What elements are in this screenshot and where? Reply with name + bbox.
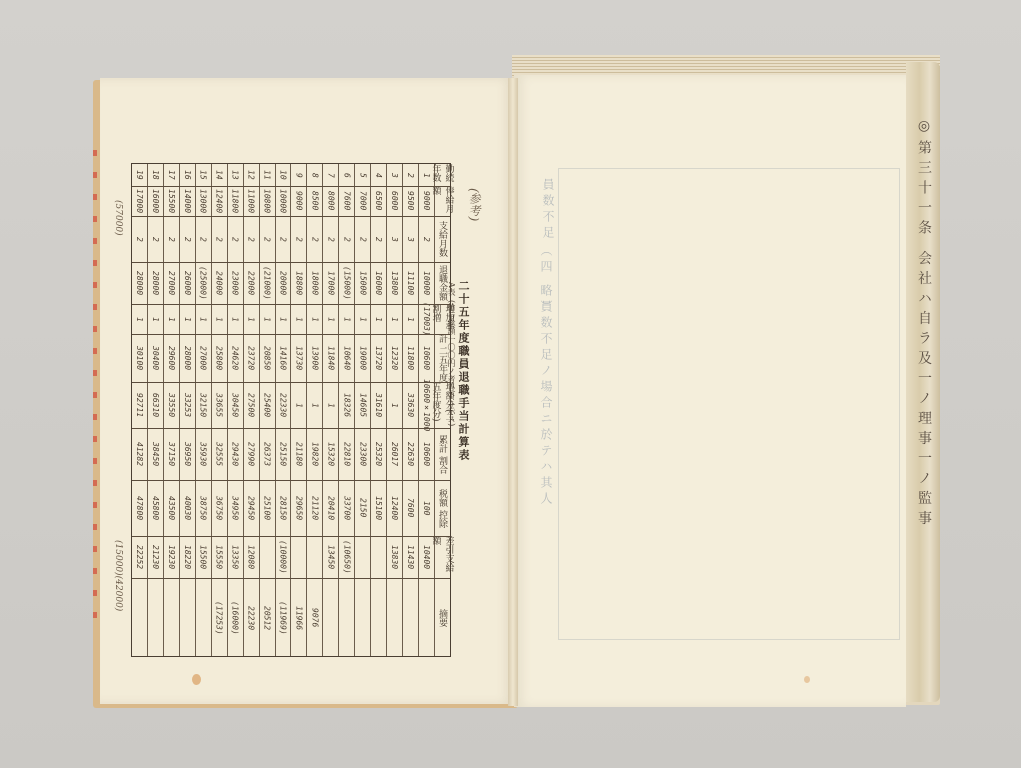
- cell-salary: 9000: [419, 186, 434, 216]
- cell-cum: 26373: [260, 428, 275, 480]
- cell-year: 18: [148, 164, 163, 186]
- cell-year: 8: [307, 164, 322, 186]
- cell-total: 28000: [180, 334, 195, 382]
- cell-net: [260, 536, 275, 578]
- cell-net: 15550: [212, 536, 227, 578]
- cell-net: 10400: [419, 536, 434, 578]
- cell-year: 12: [244, 164, 259, 186]
- column-header-c6: 計 二五年度: [435, 334, 450, 382]
- cell-total: 30100: [132, 334, 147, 382]
- cell-net: 15500: [196, 536, 211, 578]
- cell-cum: 32555: [212, 428, 227, 480]
- cell-net: [371, 536, 386, 578]
- cell-note: [355, 578, 370, 658]
- cell-months: 2: [212, 216, 227, 262]
- cell-inc: 1: [387, 382, 402, 428]
- cell-year: 5: [355, 164, 370, 186]
- cell-rate: 1: [196, 304, 211, 334]
- cell-salary: 11000: [244, 186, 259, 216]
- cell-salary: 6000: [387, 186, 402, 216]
- cell-salary: 17000: [132, 186, 147, 216]
- column-header-c5: 増加率 割増: [435, 304, 450, 334]
- book-gutter: [508, 78, 518, 706]
- cell-total: 13730: [291, 334, 306, 382]
- cell-note: [180, 578, 195, 658]
- cell-months: 2: [164, 216, 179, 262]
- cell-year: 9: [291, 164, 306, 186]
- footer-annotation: (15000)(42000): [113, 540, 123, 611]
- stain: [192, 674, 201, 685]
- page-stack-top: [512, 55, 940, 77]
- cell-cum: 10600: [419, 428, 434, 480]
- cell-amount: 28000: [132, 262, 147, 304]
- cell-note: [419, 578, 434, 658]
- cell-salary: 13000: [196, 186, 211, 216]
- cell-year: 14: [212, 164, 227, 186]
- cell-cum: 25150: [276, 428, 291, 480]
- cell-inc: 33630: [403, 382, 418, 428]
- table-grid: 勤続年数俸給月額支給月数退職金額増加率 割増計 二五年度増額分(二五年度分)累計…: [132, 164, 450, 656]
- cell-year: 3: [387, 164, 402, 186]
- cell-tax: 29650: [291, 480, 306, 536]
- cell-note: [323, 578, 338, 658]
- cell-rate: 1: [148, 304, 163, 334]
- cell-year: 13: [228, 164, 243, 186]
- cell-tax: 28150: [276, 480, 291, 536]
- column-header-c10: 差引支給額: [435, 536, 450, 578]
- cell-note: [403, 578, 418, 658]
- column-header-c1: 勤続年数: [435, 164, 450, 186]
- cell-total: 20850: [260, 334, 275, 382]
- cell-salary: 6500: [371, 186, 386, 216]
- cell-rate: 1: [291, 304, 306, 334]
- cell-net: (10650): [339, 536, 354, 578]
- page-marker: (参考): [466, 188, 483, 221]
- table-title: 二十五年度職員退職手当計算表: [455, 280, 471, 580]
- column-header-c2: 俸給月額: [435, 186, 450, 216]
- stain: [804, 676, 810, 683]
- cell-rate: 1: [387, 304, 402, 334]
- cell-total: 11840: [323, 334, 338, 382]
- cell-rate: 1: [307, 304, 322, 334]
- cell-months: 2: [419, 216, 434, 262]
- cell-amount: (15000): [339, 262, 354, 304]
- cell-rate: 1: [244, 304, 259, 334]
- red-page-edge: [93, 150, 97, 620]
- cell-months: 2: [196, 216, 211, 262]
- cell-tax: 38750: [196, 480, 211, 536]
- cell-rate: 1: [371, 304, 386, 334]
- cell-net: 18220: [180, 536, 195, 578]
- cell-rate: 1: [276, 304, 291, 334]
- cell-net: 19230: [164, 536, 179, 578]
- cell-year: 2: [403, 164, 418, 186]
- cell-salary: 10000: [276, 186, 291, 216]
- cell-salary: 16000: [148, 186, 163, 216]
- cell-year: 17: [164, 164, 179, 186]
- cell-inc: 27500: [244, 382, 259, 428]
- cell-inc: 14605: [355, 382, 370, 428]
- cell-total: 14160: [276, 334, 291, 382]
- cell-note: [196, 578, 211, 658]
- cell-total: 29600: [164, 334, 179, 382]
- cell-tax: 7600: [403, 480, 418, 536]
- cell-amount: 20000: [276, 262, 291, 304]
- cell-amount: 24000: [212, 262, 227, 304]
- cell-net: [355, 536, 370, 578]
- cell-net: 22252: [132, 536, 147, 578]
- cell-inc: 31610: [371, 382, 386, 428]
- cell-months: 2: [260, 216, 275, 262]
- table-row: 1010000220000114160223302515028150(10000…: [275, 164, 291, 656]
- cell-cum: 35930: [196, 428, 211, 480]
- cell-inc: 1: [323, 382, 338, 428]
- cell-net: [307, 536, 322, 578]
- cell-cum: 21180: [291, 428, 306, 480]
- cell-year: 1: [419, 164, 434, 186]
- cell-amount: 15000: [355, 262, 370, 304]
- footer-annotation: (57000): [113, 200, 123, 236]
- cell-months: 2: [276, 216, 291, 262]
- cell-cum: 23300: [355, 428, 370, 480]
- cell-salary: 7600: [339, 186, 354, 216]
- cell-amount: 13800: [387, 262, 402, 304]
- cell-inc: 10600×1000: [419, 382, 434, 428]
- cell-year: 7: [323, 164, 338, 186]
- cell-tax: 20410: [323, 480, 338, 536]
- cell-note: 9076: [307, 578, 322, 658]
- cell-inc: 33550: [164, 382, 179, 428]
- cell-inc: 33253: [180, 382, 195, 428]
- cell-cum: 19820: [307, 428, 322, 480]
- cell-tax: 36750: [212, 480, 227, 536]
- cell-cum: 41282: [132, 428, 147, 480]
- cell-total: 10600: [419, 334, 434, 382]
- table-row: 46500216000113720316102532015100: [370, 164, 386, 656]
- cell-rate: 1: [355, 304, 370, 334]
- cell-rate: 1: [132, 304, 147, 334]
- cell-total: 13900: [307, 334, 322, 382]
- cell-rate: 1: [260, 304, 275, 334]
- cell-net: 12080: [244, 536, 259, 578]
- cell-tax: 25100: [260, 480, 275, 536]
- cell-net: 13830: [387, 536, 402, 578]
- cell-total: 25800: [212, 334, 227, 382]
- cell-inc: 1: [291, 382, 306, 428]
- cell-year: 15: [196, 164, 211, 186]
- cell-note: 22230: [244, 578, 259, 658]
- table-row: 191700022800013010092711412824780022252: [132, 164, 147, 656]
- ghost-table-bleedthrough: [558, 168, 900, 640]
- cell-tax: 43500: [164, 480, 179, 536]
- table-row: 19000210000(17003)1060010600×10001060010…: [418, 164, 434, 656]
- cell-months: 2: [371, 216, 386, 262]
- table-row: 360003138001123201260171240013830: [386, 164, 402, 656]
- cell-net: 11430: [403, 536, 418, 578]
- table-row: 161400022600012800033253369504003018220: [179, 164, 195, 656]
- cell-note: (11969): [276, 578, 291, 658]
- cell-total: 11800: [403, 334, 418, 382]
- cell-tax: 15100: [371, 480, 386, 536]
- cell-cum: 22630: [403, 428, 418, 480]
- cell-cum: 22810: [339, 428, 354, 480]
- column-header-c8: 累計 割合: [435, 428, 450, 480]
- cell-cum: 37150: [164, 428, 179, 480]
- table-row: 990002188001137301211802965011966: [290, 164, 306, 656]
- cell-inc: 25400: [260, 382, 275, 428]
- cell-inc: 92711: [132, 382, 147, 428]
- cell-tax: 29450: [244, 480, 259, 536]
- cell-amount: 18800: [291, 262, 306, 304]
- cell-note: [132, 578, 147, 658]
- cell-months: 3: [403, 216, 418, 262]
- cell-rate: 1: [323, 304, 338, 334]
- cell-total: 27000: [196, 334, 211, 382]
- table-row: 5700021500011900014605233002150: [354, 164, 370, 656]
- cell-salary: 14000: [180, 186, 195, 216]
- cell-months: 2: [323, 216, 338, 262]
- cell-months: 3: [387, 216, 402, 262]
- column-header-c7: 増額分(二五年度分): [435, 382, 450, 428]
- cell-note: 20512: [260, 578, 275, 658]
- cell-net: 13350: [228, 536, 243, 578]
- cell-amount: (25000): [196, 262, 211, 304]
- cell-tax: 45800: [148, 480, 163, 536]
- cell-tax: 12400: [387, 480, 402, 536]
- cell-year: 19: [132, 164, 147, 186]
- table-row: 780002170001118401153202041013450: [322, 164, 338, 656]
- cell-total: 24620: [228, 334, 243, 382]
- cell-inc: 30450: [228, 382, 243, 428]
- cell-salary: 12400: [212, 186, 227, 216]
- cell-amount: 28000: [148, 262, 163, 304]
- cell-cum: 27990: [244, 428, 259, 480]
- cell-salary: 10800: [260, 186, 275, 216]
- cell-amount: (21000): [260, 262, 275, 304]
- cell-net: [291, 536, 306, 578]
- ghost-text: 員数不足: [540, 178, 557, 242]
- cell-rate: 1: [180, 304, 195, 334]
- retirement-allowance-table: 勤続年数俸給月額支給月数退職金額増加率 割増計 二五年度増額分(二五年度分)累計…: [131, 163, 451, 657]
- table-row: 181600022800013040066310384504580021230: [147, 164, 163, 656]
- cell-cum: 29430: [228, 428, 243, 480]
- cell-total: 13720: [371, 334, 386, 382]
- cell-tax: 33700: [339, 480, 354, 536]
- cell-salary: 15500: [164, 186, 179, 216]
- table-row: 131180022300012462030450294303495013350(…: [227, 164, 243, 656]
- cell-year: 6: [339, 164, 354, 186]
- cell-months: 2: [291, 216, 306, 262]
- cell-total: 30400: [148, 334, 163, 382]
- cell-inc: 33655: [212, 382, 227, 428]
- cell-total: 19000: [355, 334, 370, 382]
- cell-amount: 18000: [307, 262, 322, 304]
- cell-year: 16: [180, 164, 195, 186]
- table-row: 295003111001118003363022630760011430: [402, 164, 418, 656]
- table-row: 171550022700012960033550371504350019230: [163, 164, 179, 656]
- cell-months: 2: [132, 216, 147, 262]
- cell-total: 12320: [387, 334, 402, 382]
- cell-amount: 26000: [180, 262, 195, 304]
- cell-amount: 11100: [403, 262, 418, 304]
- cell-tax: 21120: [307, 480, 322, 536]
- column-header-c11: 摘要: [435, 578, 450, 658]
- cell-cum: 36950: [180, 428, 195, 480]
- cell-cum: 38450: [148, 428, 163, 480]
- cell-note: (17253): [212, 578, 227, 658]
- cell-total: 23720: [244, 334, 259, 382]
- cell-inc: 22330: [276, 382, 291, 428]
- cell-note: 11966: [291, 578, 306, 658]
- cell-tax: 2150: [355, 480, 370, 536]
- cell-total: 10640: [339, 334, 354, 382]
- cell-months: 2: [228, 216, 243, 262]
- cell-rate: (17003): [419, 304, 434, 334]
- cell-amount: 27000: [164, 262, 179, 304]
- table-row: 88500218000113900119820211209076: [306, 164, 322, 656]
- cell-year: 10: [276, 164, 291, 186]
- table-row: 11108002(21000)1208502540026373251002051…: [259, 164, 275, 656]
- cell-rate: 1: [403, 304, 418, 334]
- cell-salary: 9500: [403, 186, 418, 216]
- cell-salary: 8500: [307, 186, 322, 216]
- cell-inc: 18326: [339, 382, 354, 428]
- cell-amount: 17000: [323, 262, 338, 304]
- cell-amount: 22000: [244, 262, 259, 304]
- column-header-c4: 退職金額: [435, 262, 450, 304]
- cell-net: 21230: [148, 536, 163, 578]
- cell-net: 13450: [323, 536, 338, 578]
- column-header-c9: 税額 控除: [435, 480, 450, 536]
- cell-tax: 100: [419, 480, 434, 536]
- cell-months: 2: [339, 216, 354, 262]
- cell-salary: 8000: [323, 186, 338, 216]
- cell-inc: 66310: [148, 382, 163, 428]
- cell-rate: 1: [228, 304, 243, 334]
- table-header-column: 勤続年数俸給月額支給月数退職金額増加率 割増計 二五年度増額分(二五年度分)累計…: [434, 164, 450, 656]
- cell-note: (16000): [228, 578, 243, 658]
- cell-note: [339, 578, 354, 658]
- cell-note: [148, 578, 163, 658]
- cell-cum: 25320: [371, 428, 386, 480]
- margin-heading: ◎第三十一条 会社ハ自ラ及一ノ理事一ノ監事: [914, 118, 934, 658]
- cell-months: 2: [148, 216, 163, 262]
- cell-months: 2: [244, 216, 259, 262]
- cell-amount: 23000: [228, 262, 243, 304]
- table-row: 15130002(25000)1270003215035930387501550…: [195, 164, 211, 656]
- cell-salary: 11800: [228, 186, 243, 216]
- cell-cum: 26017: [387, 428, 402, 480]
- cell-amount: 16000: [371, 262, 386, 304]
- cell-tax: 34950: [228, 480, 243, 536]
- ghost-text: 員数不足ノ場合ニ於テハ其人: [538, 300, 555, 508]
- table-row: 141240022400012580033655325553675015550(…: [211, 164, 227, 656]
- cell-inc: 1: [307, 382, 322, 428]
- cell-inc: 32150: [196, 382, 211, 428]
- cell-note: [387, 578, 402, 658]
- cell-months: 2: [355, 216, 370, 262]
- column-header-c3: 支給月数: [435, 216, 450, 262]
- cell-amount: 10000: [419, 262, 434, 304]
- cell-net: (10000): [276, 536, 291, 578]
- cell-salary: 9000: [291, 186, 306, 216]
- cell-note: [164, 578, 179, 658]
- table-row: 676002(15000)110640183262281033700(10650…: [338, 164, 354, 656]
- cell-cum: 15320: [323, 428, 338, 480]
- cell-rate: 1: [212, 304, 227, 334]
- cell-year: 4: [371, 164, 386, 186]
- cell-months: 2: [180, 216, 195, 262]
- cell-tax: 40030: [180, 480, 195, 536]
- cell-months: 2: [307, 216, 322, 262]
- cell-salary: 7000: [355, 186, 370, 216]
- cell-year: 11: [260, 164, 275, 186]
- cell-tax: 47800: [132, 480, 147, 536]
- cell-note: [371, 578, 386, 658]
- table-row: 1211000222000123720275002799029450120802…: [243, 164, 259, 656]
- cell-rate: 1: [339, 304, 354, 334]
- cell-rate: 1: [164, 304, 179, 334]
